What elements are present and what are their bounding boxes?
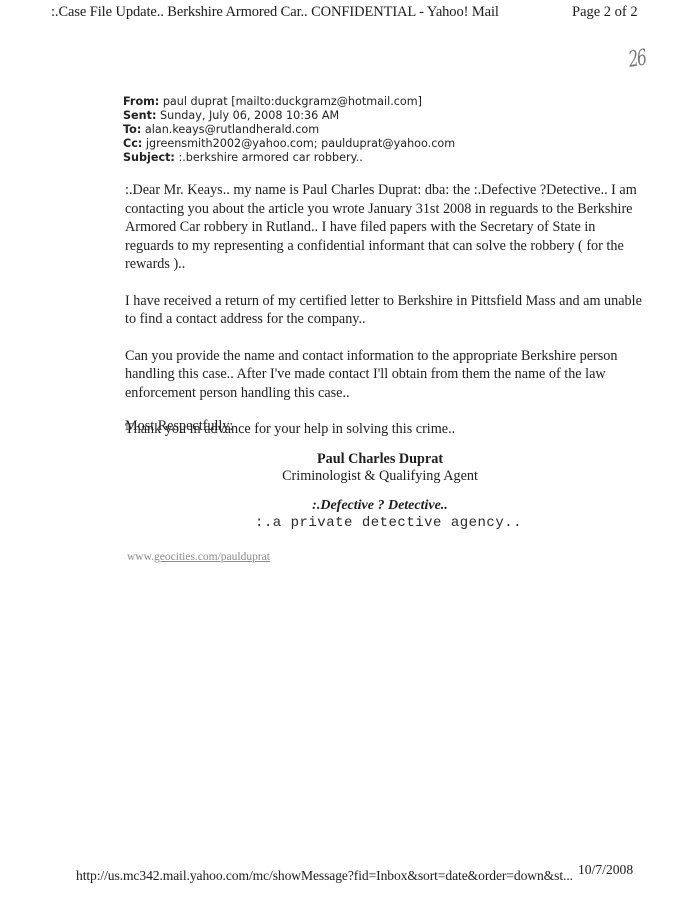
subject-value: :.berkshire armored car robbery.. <box>178 151 362 164</box>
to-row: To: alan.keays@rutlandherald.com <box>123 123 455 137</box>
to-value: alan.keays@rutlandherald.com <box>145 123 319 136</box>
body-paragraph: Can you provide the name and contact inf… <box>125 347 645 403</box>
sent-value: Sunday, July 06, 2008 10:36 AM <box>160 109 339 122</box>
body-paragraph: :.Dear Mr. Keays.. my name is Paul Charl… <box>125 181 645 274</box>
sent-row: Sent: Sunday, July 06, 2008 10:36 AM <box>123 109 455 123</box>
closing: Most Respectfully: <box>125 418 233 435</box>
link-underlined: geocities.com/paulduprat <box>154 551 270 563</box>
signature-name: Paul Charles Duprat <box>210 451 550 468</box>
signature-agency: :.Defective ? Detective.. <box>210 498 550 514</box>
subject-row: Subject: :.berkshire armored car robbery… <box>123 151 455 165</box>
geocities-link[interactable]: www.geocities.com/paulduprat <box>127 551 270 563</box>
cc-label: Cc: <box>123 137 142 150</box>
cc-value: jgreensmith2002@yahoo.com; paulduprat@ya… <box>146 137 455 150</box>
print-footer-url: http://us.mc342.mail.yahoo.com/mc/showMe… <box>76 868 573 884</box>
link-prefix: www. <box>127 551 154 563</box>
print-header-title: :.Case File Update.. Berkshire Armored C… <box>51 4 499 21</box>
email-headers: From: paul duprat [mailto:duckgramz@hotm… <box>123 95 455 165</box>
page-number: Page 2 of 2 <box>572 4 638 21</box>
body-paragraph: I have received a return of my certified… <box>125 292 645 329</box>
print-footer-date: 10/7/2008 <box>578 862 633 878</box>
email-body: :.Dear Mr. Keays.. my name is Paul Charl… <box>125 181 645 457</box>
signature-title: Criminologist & Qualifying Agent <box>210 468 550 485</box>
handwritten-annotation: 26 <box>627 46 647 73</box>
from-row: From: paul duprat [mailto:duckgramz@hotm… <box>123 95 455 109</box>
subject-label: Subject: <box>123 151 175 164</box>
sent-label: Sent: <box>123 109 156 122</box>
from-value: paul duprat [mailto:duckgramz@hotmail.co… <box>163 95 422 108</box>
cc-row: Cc: jgreensmith2002@yahoo.com; pauldupra… <box>123 137 455 151</box>
from-label: From: <box>123 95 159 108</box>
signature-tagline: :.a private detective agency.. <box>255 515 522 531</box>
to-label: To: <box>123 123 141 136</box>
